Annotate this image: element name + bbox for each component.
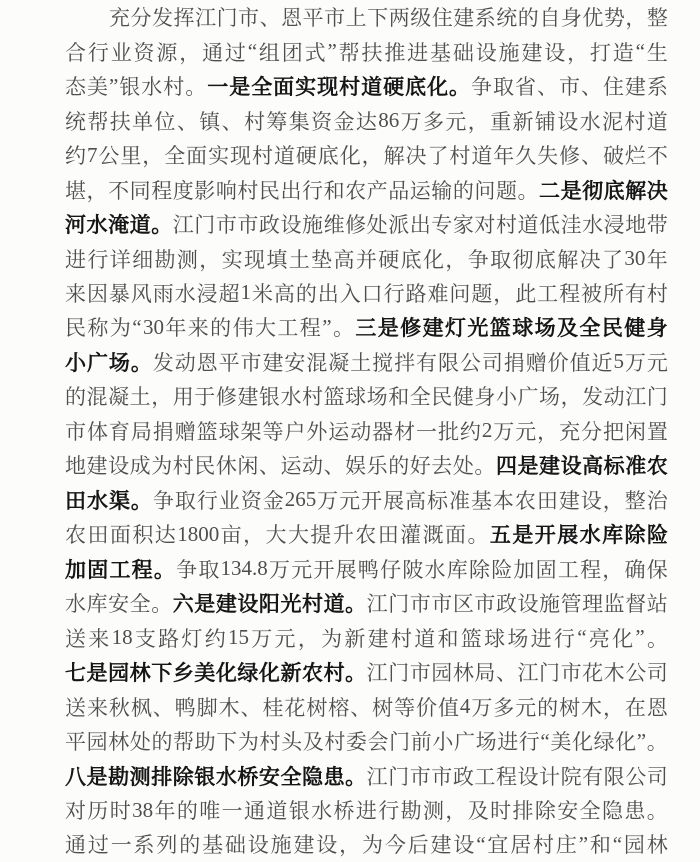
body-char: 争	[153, 485, 174, 515]
body-char: 建	[431, 829, 452, 859]
bold-heading-char: 化	[427, 71, 448, 101]
body-char: ，	[445, 795, 466, 825]
text-line: 统帮扶单位、镇、村筹集资金达86万多元，重新铺设水泥村道	[65, 103, 668, 137]
body-char: 确	[625, 554, 646, 584]
body-char: 的	[151, 726, 172, 756]
body-char: 团	[282, 37, 303, 67]
body-char: 住	[603, 71, 624, 101]
body-char: 篮	[197, 416, 218, 446]
bold-heading-char: 水	[216, 761, 237, 791]
bold-heading-char: 设	[561, 450, 582, 480]
bold-heading-char: 建	[423, 312, 444, 342]
body-char: 、	[581, 71, 602, 101]
body-char: 村	[647, 278, 668, 308]
body-char: 水	[311, 795, 332, 825]
bold-heading-char: 小	[65, 347, 86, 377]
body-char: 公	[625, 761, 646, 791]
body-char: 健	[453, 381, 474, 411]
body-char: 洼	[561, 209, 582, 239]
body-char: 扶	[361, 37, 382, 67]
body-char: 争	[471, 71, 492, 101]
body-char: 行	[384, 278, 405, 308]
bold-heading-char: 除	[173, 761, 194, 791]
body-char: 门	[388, 657, 409, 687]
body-char: 溉	[423, 519, 444, 549]
body-char: 治	[647, 485, 668, 515]
body-char: 置	[647, 416, 668, 446]
body-char: 发	[153, 347, 174, 377]
body-char: 灯	[181, 623, 202, 653]
body-char: 绿	[594, 726, 615, 756]
body-char: 市	[65, 416, 86, 446]
body-char: 去	[431, 450, 452, 480]
bold-heading-char: 。	[131, 347, 152, 377]
body-char: 门	[389, 726, 410, 756]
body-char: 林	[647, 829, 668, 859]
body-char: 道	[517, 209, 538, 239]
bold-heading-char: 道	[361, 71, 382, 101]
body-char: 花	[284, 692, 305, 722]
body-char: 江	[367, 588, 388, 618]
body-char: ，	[298, 623, 319, 653]
body-char: 村	[624, 106, 645, 136]
body-char: 器	[372, 416, 393, 446]
body-char: 公	[98, 140, 119, 170]
body-char: 、	[537, 71, 558, 101]
body-char: 体	[87, 416, 108, 446]
body-char: 和	[590, 829, 611, 859]
bold-heading-char: 桥	[237, 761, 258, 791]
body-char: 树	[306, 692, 327, 722]
text-line: 对历时38年的唯一通道银水桥进行勘测，及时排除安全隐患。	[65, 793, 668, 827]
body-char: 民	[65, 312, 86, 342]
body-char: ，	[625, 2, 646, 32]
body-char: 解	[557, 244, 578, 274]
body-char: 及	[468, 795, 489, 825]
bold-heading-char: 光	[280, 588, 301, 618]
body-char: 恩	[647, 692, 668, 722]
body-char: 市	[324, 2, 345, 32]
bold-heading-char: 全	[251, 71, 272, 101]
body-char: 专	[431, 209, 452, 239]
body-char: 万	[493, 416, 514, 446]
body-char: 化	[615, 726, 636, 756]
body-char: 政	[453, 761, 474, 791]
body-char: 难	[427, 278, 448, 308]
body-char: 上	[346, 2, 367, 32]
text-line: 民称为“30年来的伟大工程”。三是修建灯光篮球场及全民健身	[65, 310, 668, 344]
body-char: 除	[535, 795, 556, 825]
body-char: 枫	[131, 692, 152, 722]
body-char: 帮	[339, 37, 360, 67]
body-char: 施	[539, 588, 560, 618]
body-char: 限	[604, 761, 625, 791]
bold-heading-char: 是	[229, 71, 250, 101]
body-char: 组	[259, 37, 280, 67]
body-char: 雨	[153, 278, 174, 308]
body-char: 固	[536, 554, 557, 584]
body-char: 带	[647, 209, 668, 239]
body-char: 篮	[324, 381, 345, 411]
body-char: 榕	[328, 692, 349, 722]
body-char: 30	[143, 315, 164, 340]
body-char: 响	[216, 175, 237, 205]
body-char: 政	[259, 209, 280, 239]
body-char: 限	[438, 347, 459, 377]
body-char: 高	[334, 244, 355, 274]
text-line: 的混凝土，用于修建银水村篮球场和全民健身小广场，发动江门	[65, 379, 668, 413]
body-char: ”	[579, 832, 588, 857]
body-char: 升	[333, 519, 354, 549]
body-char: 大	[288, 519, 309, 549]
body-char: 全	[410, 381, 431, 411]
text-line: 合行业资源，通过“组团式”帮扶推进基础设施建设，打造“生	[65, 34, 668, 68]
body-char: 底	[401, 244, 422, 274]
body-char: 出	[280, 175, 301, 205]
body-char: 展	[383, 485, 404, 515]
body-char: 烂	[625, 140, 646, 170]
body-char: 元	[515, 416, 536, 446]
bold-heading-char: 村	[302, 588, 323, 618]
body-char: 过	[88, 829, 109, 859]
body-char: ，	[179, 37, 200, 67]
body-char: 排	[513, 795, 534, 825]
body-char: 程	[151, 175, 172, 205]
body-char: 场	[539, 381, 560, 411]
body-char: 安	[108, 588, 129, 618]
body-char: 闲	[625, 416, 646, 446]
body-char: 值	[570, 347, 591, 377]
body-char: 设	[316, 829, 337, 859]
bold-heading-char: 身	[647, 312, 668, 342]
body-char: 村	[449, 140, 470, 170]
body-char: 林	[108, 726, 129, 756]
bold-heading-char: 除	[625, 519, 646, 549]
body-char: 实	[222, 244, 243, 274]
body-char: 题	[496, 175, 517, 205]
body-char: 。	[185, 71, 206, 101]
bold-heading-char: 固	[87, 554, 108, 584]
body-char: 设	[248, 829, 269, 859]
body-char: 的	[453, 175, 474, 205]
body-char: 的	[518, 2, 539, 32]
body-char: 化	[340, 140, 361, 170]
body-char: 捐	[153, 416, 174, 446]
body-char: 美	[87, 71, 108, 101]
body-char: 树	[559, 692, 580, 722]
body-char: 等	[394, 692, 415, 722]
body-char: 细	[132, 244, 153, 274]
body-char: 的	[210, 312, 231, 342]
body-char: 式	[305, 37, 326, 67]
body-char: 修	[216, 381, 237, 411]
body-char: 所	[603, 278, 624, 308]
body-char: 口	[362, 278, 383, 308]
bold-heading-char: 及	[557, 312, 578, 342]
body-char: 休	[216, 450, 237, 480]
body-char: 的	[388, 450, 409, 480]
body-char: 程	[300, 312, 321, 342]
body-char: 闲	[237, 450, 258, 480]
body-char: 对	[65, 795, 86, 825]
body-char: 勘	[155, 244, 176, 274]
body-char: 司	[647, 657, 668, 687]
body-char: 两	[389, 2, 410, 32]
body-char: 详	[110, 244, 131, 274]
body-char: ”	[322, 315, 331, 340]
bold-heading-char: 程	[132, 554, 153, 584]
body-char: 为	[110, 312, 131, 342]
body-char: 土	[350, 347, 371, 377]
bold-heading-char: 化	[259, 657, 280, 687]
body-char: 、	[177, 106, 198, 136]
body-char: 时	[110, 795, 131, 825]
body-char: 分	[131, 2, 152, 32]
body-char: 动	[350, 416, 371, 446]
body-char: 筹	[266, 106, 287, 136]
body-char: 安	[284, 347, 305, 377]
body-char: ”	[109, 74, 118, 99]
body-char: 设	[517, 761, 538, 791]
body-char: 平	[219, 347, 240, 377]
body-char: 水	[580, 106, 601, 136]
body-char: 凝	[328, 347, 349, 377]
body-char: 浸	[604, 209, 625, 239]
text-line: 充分发挥江门市、恩平市上下两级住建系统的自身优势，整	[65, 0, 668, 34]
body-char: 市	[559, 71, 580, 101]
body-char: 水	[65, 588, 86, 618]
bold-heading-char: 底	[604, 175, 625, 205]
body-char: 合	[65, 37, 86, 67]
body-char: 入	[340, 278, 361, 308]
body-char: 万	[269, 554, 290, 584]
bold-heading-char: 。	[131, 485, 152, 515]
body-char: 水	[582, 209, 603, 239]
body-char: 资	[311, 106, 332, 136]
text-line: 通过一系列的基础设施建设，为今后建设“宜居村庄”和“园林	[65, 827, 668, 861]
body-char: 行	[378, 795, 399, 825]
body-char: 全	[130, 588, 151, 618]
body-char: 唯	[199, 795, 220, 825]
body-char: 30	[624, 246, 645, 271]
body-char: 农	[515, 485, 536, 515]
body-char: 态	[65, 71, 86, 101]
body-char: 的	[65, 381, 86, 411]
body-char: ，	[603, 692, 624, 722]
body-char: 实	[208, 140, 229, 170]
body-char: 的	[177, 795, 198, 825]
bold-heading-char: 全	[280, 761, 301, 791]
body-char: 在	[625, 692, 646, 722]
body-char: 混	[306, 347, 327, 377]
bold-heading-char: 解	[625, 175, 646, 205]
body-char: 今	[385, 829, 406, 859]
body-char: 田	[87, 519, 108, 549]
bold-heading-char: 水	[87, 209, 108, 239]
bold-heading-char: 八	[65, 761, 86, 791]
body-char: 市	[238, 2, 259, 32]
body-char: 建	[559, 485, 580, 515]
text-content: 充分发挥江门市、恩平市上下两级住建系统的自身优势，整合行业资源，通过“组团式”帮…	[65, 0, 668, 862]
body-char: 工	[474, 761, 495, 791]
body-char: 建	[87, 450, 108, 480]
body-char: 系	[475, 2, 496, 32]
body-char: ，	[362, 140, 383, 170]
body-char: 村	[496, 209, 517, 239]
bold-heading-char: 七	[65, 657, 86, 687]
bold-heading-char: 加	[65, 554, 86, 584]
body-char: 政	[496, 588, 517, 618]
body-char: 球	[219, 416, 240, 446]
body-char: 广	[517, 381, 538, 411]
body-char: 恩	[197, 347, 218, 377]
body-char: 有	[625, 278, 646, 308]
body-char: 村	[302, 381, 323, 411]
bold-heading-char: 设	[237, 588, 258, 618]
body-char: 桥	[334, 795, 355, 825]
body-char: 价	[548, 347, 569, 377]
bold-heading-char: 决	[647, 175, 668, 205]
body-char: 取	[198, 554, 219, 584]
body-char: 达	[356, 106, 377, 136]
body-char: 施	[271, 829, 292, 859]
body-char: 争	[468, 244, 489, 274]
body-char: 行	[88, 37, 109, 67]
body-char: 民	[431, 381, 452, 411]
body-char: ，	[199, 244, 220, 274]
body-char: 门	[194, 209, 215, 239]
body-char: 的	[179, 829, 200, 859]
body-char: 市	[561, 657, 582, 687]
text-line: 进行详细勘测，实现填土垫高并硬底化，争取彻底解决了30年	[65, 241, 668, 275]
body-char: 农	[355, 519, 376, 549]
body-char: 娱	[345, 450, 366, 480]
body-char: 建	[453, 2, 474, 32]
body-char: 园	[87, 726, 108, 756]
body-char: 此	[515, 278, 536, 308]
body-char: 建	[368, 623, 389, 653]
body-char: 打	[590, 37, 611, 67]
body-char: 田	[537, 485, 558, 515]
body-char: 统	[496, 2, 517, 32]
body-char: 市	[216, 209, 237, 239]
body-char: 亩	[221, 519, 242, 549]
body-char: ，	[339, 829, 360, 859]
body-char: 设	[476, 37, 497, 67]
text-line: 约7公里，全面实现村道硬底化，解决了村道年久失修、破烂不	[65, 138, 668, 172]
body-char: 支	[135, 623, 156, 653]
body-char: 基	[202, 829, 223, 859]
body-char: ，	[602, 554, 623, 584]
body-char: 分	[581, 416, 602, 446]
body-char: 亮	[589, 623, 610, 653]
bold-heading-char: 排	[151, 761, 172, 791]
body-char: 扶	[110, 106, 131, 136]
bold-heading-char: 库	[602, 519, 623, 549]
body-char: 不	[647, 140, 668, 170]
body-char: 单	[132, 106, 153, 136]
bold-heading-char: 高	[582, 450, 603, 480]
body-char: 充	[559, 416, 580, 446]
body-char: 身	[561, 2, 582, 32]
body-char: 于	[194, 381, 215, 411]
body-char: 被	[581, 278, 602, 308]
body-char: 称	[87, 312, 108, 342]
bold-heading-char: 三	[355, 312, 376, 342]
text-line: 市体育局捐赠篮球架等户外运动器材一批约2万元，充分把闲置	[65, 414, 668, 448]
body-char: 、	[496, 657, 517, 687]
body-char: 5	[613, 349, 624, 374]
body-char: 程	[580, 554, 601, 584]
text-line: 态美”银水村。一是全面实现村道硬底化。争取省、市、住建系	[65, 69, 668, 103]
body-char: 泥	[602, 106, 623, 136]
body-char: 题	[471, 278, 492, 308]
body-char: 行	[519, 726, 540, 756]
body-char: 区	[453, 588, 474, 618]
bold-heading-char: 乡	[173, 657, 194, 687]
body-char: 有	[582, 761, 603, 791]
body-char: 木	[219, 692, 240, 722]
body-char: 品	[388, 175, 409, 205]
body-char: 地	[65, 450, 86, 480]
body-char: 保	[647, 554, 668, 584]
body-char: 、	[153, 692, 174, 722]
body-char: 万	[401, 106, 422, 136]
body-char: 林	[453, 657, 474, 687]
bold-heading-char: 是	[87, 657, 108, 687]
body-char: “	[248, 39, 257, 64]
body-char: 解	[384, 140, 405, 170]
bold-heading-char: 面	[273, 71, 294, 101]
body-char: 设	[517, 588, 538, 618]
body-char: 。	[467, 519, 488, 549]
body-char: 元	[275, 623, 296, 653]
body-char: 达	[155, 519, 176, 549]
body-char: 处	[130, 726, 151, 756]
body-char: 工	[558, 554, 579, 584]
body-char: 道	[414, 623, 435, 653]
bold-heading-char: 水	[87, 485, 108, 515]
body-char: 暴	[109, 278, 130, 308]
body-char: 生	[647, 37, 668, 67]
body-char: 米	[252, 278, 273, 308]
body-char: 底	[535, 244, 556, 274]
body-char: 来	[188, 312, 209, 342]
body-char: 来	[88, 623, 109, 653]
body-char: 进	[407, 37, 428, 67]
bold-heading-char: 工	[109, 554, 130, 584]
body-char: 门	[647, 381, 668, 411]
body-char: 势	[604, 2, 625, 32]
body-char: 。	[333, 312, 354, 342]
bold-heading-char: 彻	[582, 175, 603, 205]
body-char: 恩	[281, 2, 302, 32]
body-char: 村	[252, 140, 273, 170]
body-char: 材	[394, 416, 415, 446]
body-char: 了	[602, 244, 623, 274]
bold-heading-char: 。	[449, 71, 470, 101]
body-char: 面	[110, 519, 131, 549]
body-char: 市	[237, 209, 258, 239]
body-char: 建	[262, 347, 283, 377]
body-char: 整	[647, 2, 668, 32]
body-char: 础	[225, 829, 246, 859]
body-char: 列	[156, 829, 177, 859]
bold-heading-char: 。	[345, 588, 366, 618]
body-char: ，	[87, 175, 108, 205]
body-char: 业	[111, 37, 132, 67]
body-char: 平	[303, 2, 324, 32]
